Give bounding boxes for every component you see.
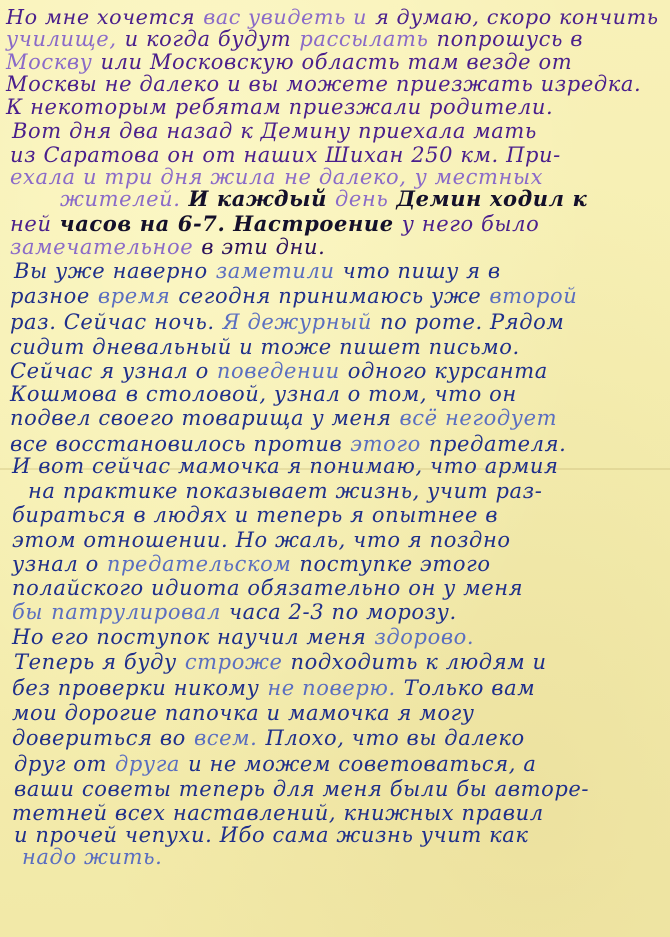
handwritten-text: друг от — [14, 752, 107, 776]
handwritten-text: рассылать — [299, 27, 428, 51]
handwritten-text: поведении — [217, 359, 340, 383]
handwritten-text: подходить к людям и — [290, 650, 546, 674]
handwritten-text: узнал о — [12, 552, 99, 576]
handwritten-text: довериться во — [12, 726, 186, 750]
handwritten-text: часов на 6-7. Настроение — [60, 211, 394, 236]
handwritten-text: Сейчас я узнал о — [10, 359, 209, 383]
handwritten-text: здорово. — [374, 625, 474, 649]
handwritten-line: К некоторым ребятам приезжали родители. — [6, 94, 561, 120]
handwritten-line: Вот дня два назад к Демину приехала мать — [12, 118, 545, 144]
handwritten-line: этом отношении. Но жаль, что я поздно — [12, 527, 519, 553]
handwritten-text: день — [335, 187, 388, 211]
handwritten-text: замечательное — [10, 235, 193, 259]
handwritten-text: подвел своего товарища у меня — [10, 406, 391, 430]
handwritten-line: довериться вовсем.Плохо, что вы далеко — [12, 725, 533, 751]
handwritten-text: второй — [489, 284, 577, 308]
handwritten-text: в эти дни. — [201, 235, 325, 259]
handwritten-line: разноевремясегодня принимаюсь ужевторой — [10, 283, 585, 309]
handwritten-text: всем. — [194, 726, 258, 750]
handwritten-text: Я дежурный — [223, 310, 372, 334]
handwritten-line: друг отдругаи не можем советоваться, а — [14, 751, 544, 777]
handwritten-text: всё негодует — [399, 406, 557, 430]
handwritten-line: на практике показывает жизнь, учит раз- — [28, 478, 550, 504]
handwritten-text: и не можем советоваться, а — [188, 752, 536, 776]
handwritten-line: жителей.И каждыйденьДемин ходил к — [60, 186, 595, 212]
handwritten-text: И вот сейчас мамочка я понимаю, что арми… — [12, 454, 559, 478]
handwritten-text: жителей. — [60, 187, 181, 211]
handwritten-text: друга — [115, 752, 180, 776]
handwritten-line: замечательноев эти дни. — [10, 234, 333, 260]
handwritten-text: училище, — [6, 27, 117, 51]
handwritten-text: сегодня принимаюсь уже — [178, 284, 481, 308]
handwritten-text: И каждый — [189, 186, 327, 211]
handwritten-text: строже — [185, 650, 283, 674]
handwritten-line: мои дорогие папочка и мамочка я могу — [12, 700, 483, 726]
handwritten-text: одного курсанта — [348, 359, 548, 383]
handwritten-text: что пишу я в — [343, 259, 501, 283]
handwritten-line: без проверки никомуне поверю.Только вам — [12, 675, 543, 701]
handwritten-text: в столовой, узнал о том, что он — [126, 382, 517, 406]
handwritten-text: надо жить. — [22, 845, 162, 869]
handwritten-text: Только вам — [404, 676, 535, 700]
letter-page: Но мне хочетсявас увидеть ия думаю, скор… — [0, 0, 670, 937]
handwritten-line: сидит дневальный и тоже пишет письмо. — [10, 334, 528, 360]
handwritten-text: Вы уже наверно — [14, 259, 208, 283]
handwritten-line: подвел своего товарища у менявсё негодуе… — [10, 405, 565, 431]
handwritten-text: ваши советы теперь для меня были бы авто… — [14, 777, 589, 801]
handwritten-text: сидит дневальный и тоже пишет письмо. — [10, 335, 520, 359]
handwritten-text: не поверю. — [267, 676, 395, 700]
handwritten-text: часа 2-3 по морозу. — [229, 600, 457, 624]
handwritten-line: бираться в людях и теперь я опытнее в — [12, 502, 506, 528]
handwritten-line: узнал опредательскомпоступке этого — [12, 551, 499, 577]
handwritten-text: мои дорогие папочка и мамочка я могу — [12, 701, 475, 725]
handwritten-text: по роте. Рядом — [380, 310, 564, 334]
handwritten-line: Кошмовав столовой, узнал о том, что он — [10, 381, 525, 407]
handwritten-line: И вот сейчас мамочка я понимаю, что арми… — [12, 453, 567, 479]
handwritten-line: надо жить. — [22, 844, 170, 870]
handwritten-line: Вы уже навернозаметиличто пишу я в — [14, 258, 509, 284]
handwritten-text: этом отношении. Но жаль, что я поздно — [12, 528, 511, 552]
handwritten-line: быпатрулировалчаса 2-3 по морозу. — [12, 599, 465, 625]
handwritten-line: ваши советы теперь для меня были бы авто… — [14, 776, 597, 802]
handwritten-text: Плохо, что вы далеко — [265, 726, 524, 750]
handwritten-text: Но его поступок научил меня — [12, 625, 366, 649]
handwritten-text: заметили — [216, 259, 335, 283]
handwritten-text: бираться в людях и теперь я опытнее в — [12, 503, 498, 527]
handwritten-text: на практике показывает жизнь, учит раз- — [28, 479, 542, 503]
handwritten-text: у него было — [402, 212, 540, 236]
handwritten-text: время — [98, 284, 170, 308]
handwritten-text: бы — [12, 600, 43, 624]
handwritten-text: патрулировал — [51, 600, 221, 624]
handwritten-text: полайского идиота обязательно он у меня — [12, 576, 523, 600]
handwritten-text: ней — [10, 212, 52, 236]
handwritten-text: поступке этого — [299, 552, 490, 576]
handwritten-text: Вот дня два назад к Демину приехала мать — [12, 119, 537, 143]
handwritten-text: разное — [10, 284, 90, 308]
handwritten-text: предательском — [107, 552, 292, 576]
handwritten-text: и когда будут — [125, 27, 292, 51]
handwritten-text: К некоторым ребятам приезжали родители. — [6, 95, 553, 119]
handwritten-line: Но его поступок научил меняздорово. — [12, 624, 482, 650]
handwritten-text: без проверки никому — [12, 676, 259, 700]
handwritten-text: Кошмова — [10, 382, 118, 406]
handwritten-text: раз. Сейчас ночь. — [10, 310, 215, 334]
handwritten-text: Демин ходил к — [396, 186, 587, 211]
handwritten-text: попрошусь в — [437, 27, 584, 51]
handwritten-text: Теперь я буду — [14, 650, 177, 674]
handwritten-line: полайского идиота обязательно он у меня — [12, 575, 531, 601]
handwritten-line: раз. Сейчас ночь.Я дежурныйпо роте. Рядо… — [10, 309, 572, 335]
handwritten-line: Теперь я будустрожеподходить к людям и — [14, 649, 555, 675]
handwritten-text: Москвы не далеко и вы можете приезжать и… — [6, 72, 641, 96]
